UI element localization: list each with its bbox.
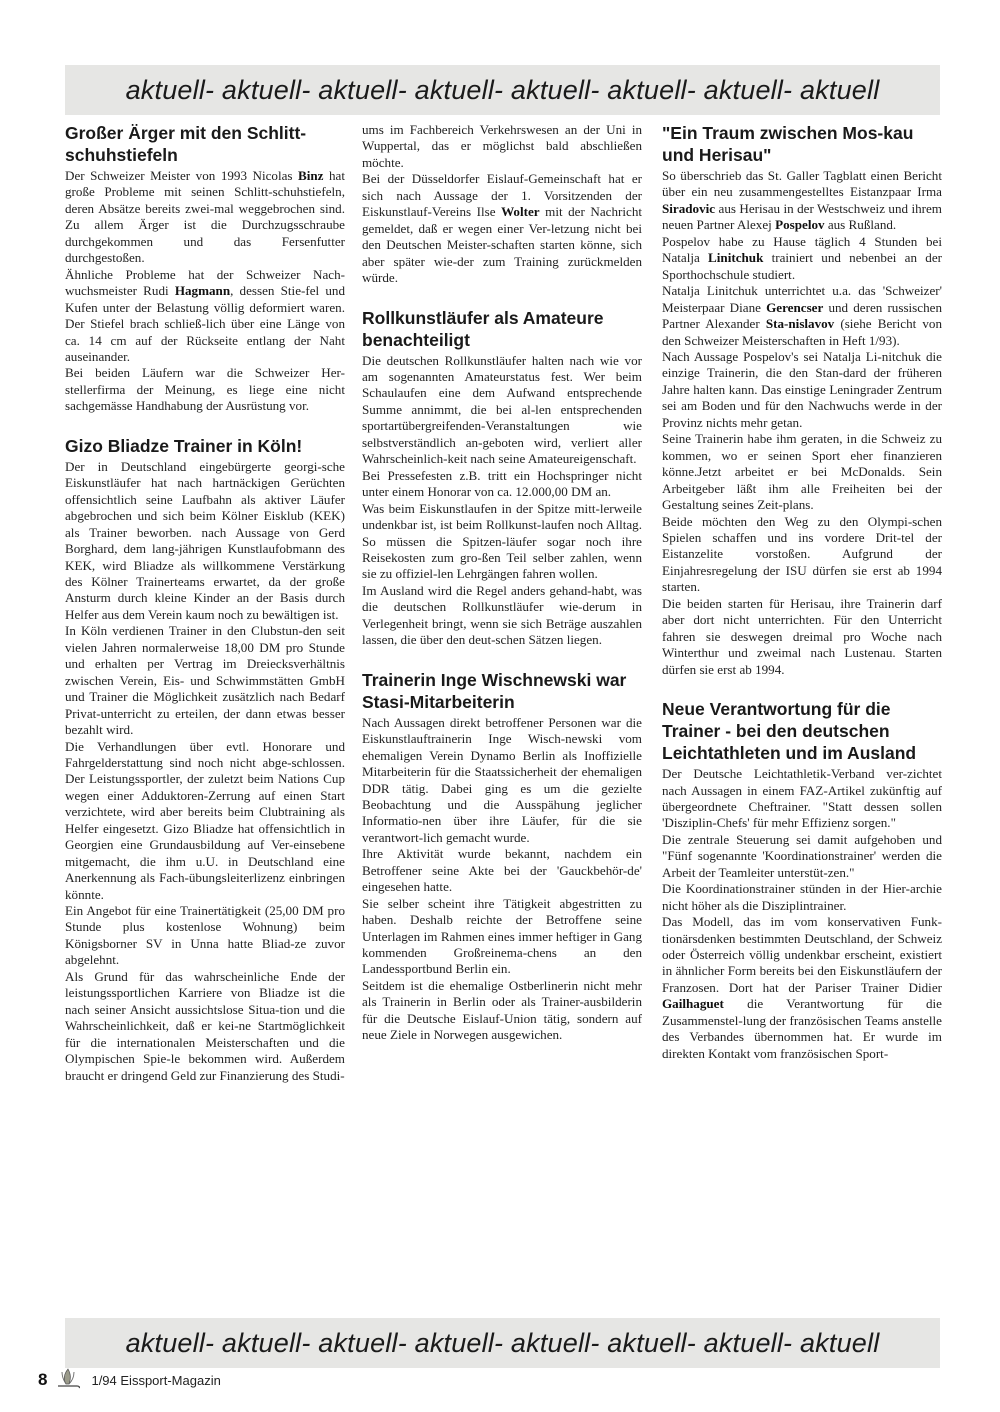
- article-schlittschuhstiefel: Großer Ärger mit den Schlitt-schuhstiefe…: [65, 122, 345, 415]
- article-paragraph: Nach Aussagen direkt betroffener Persone…: [362, 715, 642, 847]
- text: aus Rußland.: [825, 217, 897, 232]
- article-paragraph: Bei beiden Läufern war die Schweizer Her…: [65, 365, 345, 414]
- skate-feather-logo-icon: [53, 1366, 83, 1395]
- article-paragraph: Nach Aussage Pospelov's sei Natalja Li-n…: [662, 349, 942, 431]
- article-title: Gizo Bliadze Trainer in Köln!: [65, 435, 345, 457]
- bold-name: Wolter: [501, 204, 540, 219]
- column-1: Großer Ärger mit den Schlitt-schuhstiefe…: [65, 122, 345, 1104]
- bold-name: Gerencser: [766, 300, 823, 315]
- publication-label: 1/94 Eissport-Magazin: [91, 1373, 220, 1388]
- article-paragraph: Das Modell, das im vom konservativen Fun…: [662, 914, 942, 1062]
- article-title: "Ein Traum zwischen Mos-kau und Herisau": [662, 122, 942, 166]
- bold-name: Sta-nislavov: [766, 316, 834, 331]
- article-paragraph: Der in Deutschland eingebürgerte georgi-…: [65, 459, 345, 624]
- text: Das Modell, das im vom konservativen Fun…: [662, 914, 942, 995]
- top-banner: aktuell- aktuell- aktuell- aktuell- aktu…: [65, 65, 940, 115]
- article-paragraph: ums im Fachbereich Verkehrswesen an der …: [362, 122, 642, 171]
- bold-name: Pospelov: [775, 217, 824, 232]
- article-paragraph: Sie selber scheint ihre Tätigkeit abgest…: [362, 896, 642, 978]
- text: Der Schweizer Meister von 1993 Nicolas: [65, 168, 298, 183]
- article-paragraph: Seitdem ist die ehemalige Ostberlinerin …: [362, 978, 642, 1044]
- page-footer: 8 1/94 Eissport-Magazin: [38, 1368, 221, 1392]
- article-paragraph: Im Ausland wird die Regel anders gehand-…: [362, 583, 642, 649]
- bottom-banner: aktuell- aktuell- aktuell- aktuell- aktu…: [65, 1318, 940, 1368]
- article-paragraph: Ihre Aktivität wurde bekannt, nachdem ei…: [362, 846, 642, 895]
- article-paragraph: Die deutschen Rollkunstläufer halten nac…: [362, 353, 642, 468]
- article-verantwortung: Neue Verantwortung für die Trainer - bei…: [662, 698, 942, 1062]
- bold-name: Binz: [298, 168, 323, 183]
- bold-name: Gailhaguet: [662, 996, 724, 1011]
- article-paragraph: Der Deutsche Leichtathletik-Verband ver-…: [662, 766, 942, 832]
- article-paragraph: Die Koordinationstrainer stünden in der …: [662, 881, 942, 914]
- article-paragraph: Beide möchten den Weg zu den Olympi-sche…: [662, 514, 942, 596]
- article-paragraph: Der Schweizer Meister von 1993 Nicolas B…: [65, 168, 345, 267]
- article-paragraph: Die zentrale Steuerung sei damit aufgeho…: [662, 832, 942, 881]
- article-paragraph: Natalja Linitchuk unterrichtet u.a. das …: [662, 283, 942, 349]
- article-paragraph: Seine Trainerin habe ihm geraten, in die…: [662, 431, 942, 513]
- column-2: ums im Fachbereich Verkehrswesen an der …: [362, 122, 642, 1064]
- article-paragraph: Ähnliche Probleme hat der Schweizer Nach…: [65, 267, 345, 366]
- article-paragraph: Die Verhandlungen über evtl. Honorare un…: [65, 739, 345, 904]
- bold-name: Siradovic: [662, 201, 715, 216]
- article-wischnewski: Trainerin Inge Wischnewski war Stasi-Mit…: [362, 669, 642, 1044]
- bold-name: Linitchuk: [708, 250, 763, 265]
- article-traum: "Ein Traum zwischen Mos-kau und Herisau"…: [662, 122, 942, 678]
- article-title: Neue Verantwortung für die Trainer - bei…: [662, 698, 942, 764]
- article-paragraph: Als Grund für das wahrscheinliche Ende d…: [65, 969, 345, 1084]
- text: So überschrieb das St. Galler Tagblatt e…: [662, 168, 942, 199]
- article-paragraph: Bei Pressefesten z.B. tritt ein Hochspri…: [362, 468, 642, 501]
- page-number: 8: [38, 1370, 47, 1390]
- article-paragraph: Die beiden starten für Herisau, ihre Tra…: [662, 596, 942, 678]
- bold-name: Hagmann: [175, 283, 230, 298]
- top-banner-text: aktuell- aktuell- aktuell- aktuell- aktu…: [126, 75, 880, 105]
- article-paragraph: Was beim Eiskunstlaufen in der Spitze mi…: [362, 501, 642, 583]
- article-paragraph: Bei der Düsseldorfer Eislauf-Gemeinschaf…: [362, 171, 642, 286]
- article-paragraph: So überschrieb das St. Galler Tagblatt e…: [662, 168, 942, 234]
- article-title: Rollkunstläufer als Amateure benachteili…: [362, 307, 642, 351]
- article-paragraph: Pospelov habe zu Hause täglich 4 Stunden…: [662, 234, 942, 283]
- article-rollkunstlaeufer: Rollkunstläufer als Amateure benachteili…: [362, 307, 642, 649]
- column-3: "Ein Traum zwischen Mos-kau und Herisau"…: [662, 122, 942, 1082]
- article-title: Trainerin Inge Wischnewski war Stasi-Mit…: [362, 669, 642, 713]
- article-paragraph: Ein Angebot für eine Trainertätigkeit (2…: [65, 903, 345, 969]
- article-bliadze-continued: ums im Fachbereich Verkehrswesen an der …: [362, 122, 642, 287]
- article-bliadze: Gizo Bliadze Trainer in Köln! Der in Deu…: [65, 435, 345, 1084]
- article-title: Großer Ärger mit den Schlitt-schuhstiefe…: [65, 122, 345, 166]
- article-paragraph: In Köln verdienen Trainer in den Clubstu…: [65, 623, 345, 738]
- bottom-banner-text: aktuell- aktuell- aktuell- aktuell- aktu…: [126, 1328, 880, 1358]
